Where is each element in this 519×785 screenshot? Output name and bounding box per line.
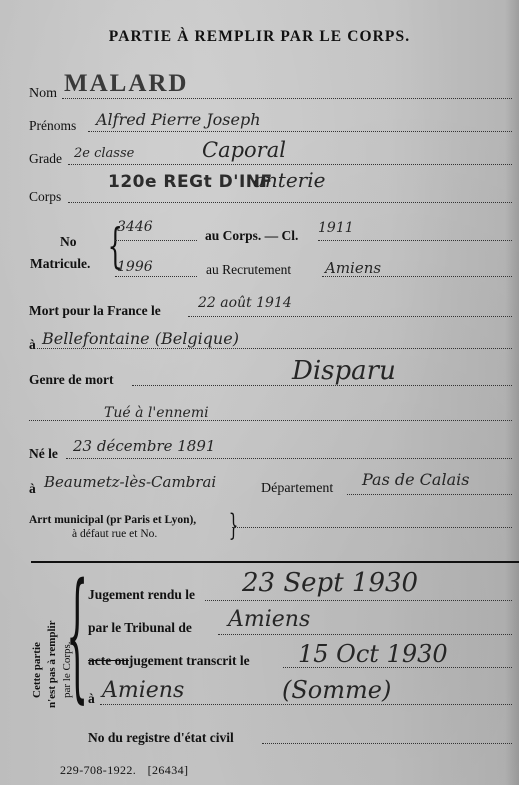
naissance-line bbox=[66, 458, 512, 459]
genre-mort-line bbox=[132, 385, 512, 386]
jugement-line bbox=[205, 600, 512, 601]
transcrit-label-struck: acte ou bbox=[88, 653, 129, 668]
matricule-recrutement-label: au Recrutement bbox=[206, 262, 291, 278]
lieu-naissance-value: Beaumetz-lès-Cambrai bbox=[44, 473, 216, 491]
matricule-label: Matricule. bbox=[30, 256, 90, 272]
genre-mort-value-2: Tué à l'ennemi bbox=[104, 405, 209, 421]
matricule-recrutement-value: Amiens bbox=[325, 259, 381, 277]
matricule-classe: 1911 bbox=[318, 220, 354, 236]
corps-label: Corps bbox=[29, 189, 61, 205]
transcrit-label-text: jugement transcrit le bbox=[129, 653, 250, 668]
corps-stamp: 120e REGt D'INF bbox=[108, 172, 273, 192]
departement-label: Département bbox=[261, 481, 333, 497]
lieu-mort-line bbox=[37, 348, 512, 349]
arrondissement-label-1: Arrt municipal (pr Paris et Lyon), bbox=[29, 514, 196, 526]
matricule-corps-label: au Corps. — Cl. bbox=[205, 228, 298, 244]
mort-label: Mort pour la France le bbox=[29, 303, 161, 319]
nom-line bbox=[62, 98, 512, 99]
lieu-mort-value: Bellefontaine (Belgique) bbox=[42, 329, 239, 348]
matricule-classe-line bbox=[318, 240, 512, 241]
military-death-record-card: PARTIE À REMPLIR PAR LE CORPS. Nom MALAR… bbox=[0, 0, 519, 785]
print-reference: 229-708-1922. [26434] bbox=[60, 763, 188, 778]
side-note-line-1: Cette partie bbox=[31, 642, 43, 698]
matricule-no-label: No bbox=[60, 234, 77, 250]
matricule-recrutement-dots bbox=[322, 276, 512, 277]
departement-value: Pas de Calais bbox=[362, 470, 469, 489]
section-divider bbox=[31, 561, 519, 563]
print-code: 229-708-1922. bbox=[60, 763, 136, 777]
page-title: PARTIE À REMPLIR PAR LE CORPS. bbox=[0, 28, 519, 46]
print-ref: [26434] bbox=[148, 763, 189, 777]
side-note-line-2: n'est pas à remplir bbox=[46, 621, 58, 709]
lieu-transcription-label: à bbox=[88, 691, 95, 707]
tribunal-label: par le Tribunal de bbox=[88, 620, 192, 636]
prenoms-label: Prénoms bbox=[29, 118, 76, 134]
lieu-transcription-departement: (Somme) bbox=[282, 676, 391, 704]
tribunal-line bbox=[218, 634, 512, 635]
departement-line bbox=[347, 494, 512, 495]
lieu-naissance-label: à bbox=[29, 481, 36, 497]
prenoms-value: Alfred Pierre Joseph bbox=[96, 110, 261, 129]
corps-value: anterie bbox=[253, 168, 325, 192]
corps-line bbox=[68, 202, 512, 203]
arrondissement-line bbox=[232, 527, 512, 528]
matricule-recrutement-number: 1996 bbox=[117, 259, 153, 275]
matricule-recrutement-line bbox=[115, 276, 197, 277]
genre-mort-value: Disparu bbox=[292, 356, 396, 386]
tribunal-value: Amiens bbox=[228, 607, 310, 632]
genre-mort-label: Genre de mort bbox=[29, 372, 113, 388]
jugement-brace-icon: { bbox=[66, 566, 88, 706]
lieu-transcription-line bbox=[100, 704, 512, 705]
naissance-value: 23 décembre 1891 bbox=[73, 437, 215, 455]
matricule-corps-number: 3446 bbox=[117, 219, 153, 235]
registre-line bbox=[262, 743, 512, 744]
genre-mort-line-2 bbox=[29, 420, 512, 421]
jugement-label: Jugement rendu le bbox=[88, 587, 195, 603]
arrondissement-brace-icon: } bbox=[229, 511, 239, 541]
nom-value: MALARD bbox=[64, 70, 189, 98]
grade-value-class: 2e classe bbox=[74, 146, 134, 161]
prenoms-line bbox=[88, 131, 512, 132]
jugement-date-value: 23 Sept 1930 bbox=[242, 568, 418, 598]
grade-value-rank: Caporal bbox=[202, 138, 286, 162]
matricule-corps-line bbox=[115, 240, 197, 241]
transcrit-line bbox=[283, 667, 512, 668]
mort-line bbox=[188, 316, 512, 317]
arrondissement-label-2: à défaut rue et No. bbox=[72, 528, 157, 540]
mort-date-value: 22 août 1914 bbox=[198, 295, 292, 311]
registre-label: No du registre d'état civil bbox=[88, 730, 234, 746]
lieu-mort-label: à bbox=[29, 337, 36, 353]
grade-label: Grade bbox=[29, 151, 62, 167]
transcrit-date-value: 15 Oct 1930 bbox=[298, 640, 448, 668]
lieu-transcription-value: Amiens bbox=[102, 678, 184, 703]
nom-label: Nom bbox=[29, 86, 57, 102]
grade-line bbox=[68, 164, 512, 165]
naissance-label: Né le bbox=[29, 446, 58, 462]
transcrit-label: acte oujugement transcrit le bbox=[88, 653, 250, 669]
